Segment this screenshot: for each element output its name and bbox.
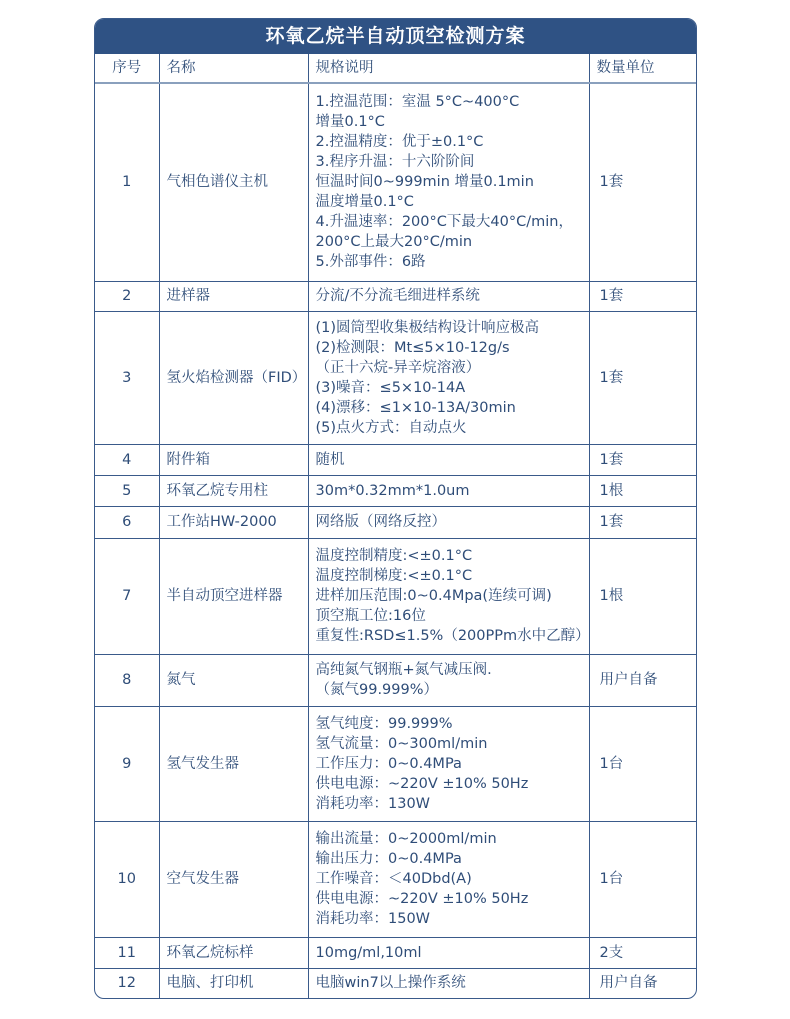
item-spec: 分流/不分流毛细进样系统 xyxy=(308,281,589,311)
spec-line: 消耗功率：130W xyxy=(316,794,582,814)
item-spec: (1)圆筒型收集极结构设计响应极高(2)检测限：Mt≤5×10-12g/s（正十… xyxy=(308,311,589,444)
item-spec: 1.控温范围：室温 5°C~400°C增量0.1°C2.控温精度：优于±0.1°… xyxy=(308,83,589,281)
spec-line: (3)噪音：≤5×10-14A xyxy=(316,378,582,398)
item-name: 空气发生器 xyxy=(159,821,308,937)
table-row: 5环氧乙烷专用柱30m*0.32mm*1.0um1根 xyxy=(95,475,697,506)
table-body: 1气相色谱仪主机1.控温范围：室温 5°C~400°C增量0.1°C2.控温精度… xyxy=(95,83,697,998)
spec-line: 温度控制梯度:<±0.1°C xyxy=(316,566,582,586)
row-number: 6 xyxy=(95,506,159,538)
row-number: 3 xyxy=(95,311,159,444)
spec-line: （正十六烷-异辛烷溶液） xyxy=(316,358,582,378)
spec-line: (4)漂移：≤1×10-13A/30min xyxy=(316,398,582,418)
spec-table: 序号 名称 规格说明 数量单位 1气相色谱仪主机1.控温范围：室温 5°C~40… xyxy=(95,54,697,998)
spec-line: 氢气流量：0~300ml/min xyxy=(316,734,582,754)
row-number: 1 xyxy=(95,83,159,281)
row-number: 4 xyxy=(95,444,159,475)
spec-line: 4.升温速率：200°C下最大40°C/min， xyxy=(316,212,582,232)
spec-line: 电脑win7以上操作系统 xyxy=(316,973,582,993)
row-number: 12 xyxy=(95,968,159,998)
item-spec: 10mg/ml,10ml xyxy=(308,937,589,968)
spec-line: 顶空瓶工位:16位 xyxy=(316,606,582,626)
item-quantity: 1根 xyxy=(589,475,697,506)
spec-line: 进样加压范围:0~0.4Mpa(连续可调) xyxy=(316,586,582,606)
spec-line: (1)圆筒型收集极结构设计响应极高 xyxy=(316,318,582,338)
item-quantity: 1套 xyxy=(589,506,697,538)
item-spec: 输出流量：0~2000ml/min输出压力：0~0.4MPa工作噪音：＜40Db… xyxy=(308,821,589,937)
table-row: 3氢火焰检测器（FID）(1)圆筒型收集极结构设计响应极高(2)检测限：Mt≤5… xyxy=(95,311,697,444)
spec-line: 供电电源：~220V ±10% 50Hz xyxy=(316,889,582,909)
item-name: 电脑、打印机 xyxy=(159,968,308,998)
item-quantity: 1台 xyxy=(589,821,697,937)
spec-line: 增量0.1°C xyxy=(316,112,582,132)
table-row: 6工作站HW-2000网络版（网络反控）1套 xyxy=(95,506,697,538)
row-number: 7 xyxy=(95,538,159,654)
item-spec: 温度控制精度:<±0.1°C温度控制梯度:<±0.1°C进样加压范围:0~0.4… xyxy=(308,538,589,654)
table-row: 11环氧乙烷标样10mg/ml,10ml2支 xyxy=(95,937,697,968)
spec-line: 30m*0.32mm*1.0um xyxy=(316,481,582,501)
item-name: 气相色谱仪主机 xyxy=(159,83,308,281)
item-quantity: 1套 xyxy=(589,83,697,281)
spec-line: 工作压力：0~0.4MPa xyxy=(316,754,582,774)
item-spec: 网络版（网络反控） xyxy=(308,506,589,538)
equipment-table: 环氧乙烷半自动顶空检测方案 序号 名称 规格说明 数量单位 1气相色谱仪主机1.… xyxy=(94,18,697,999)
spec-line: 温度控制精度:<±0.1°C xyxy=(316,546,582,566)
col-header-name: 名称 xyxy=(159,54,308,83)
item-spec: 随机 xyxy=(308,444,589,475)
spec-line: 200°C上最大20°C/min xyxy=(316,232,582,252)
spec-line: 消耗功率：150W xyxy=(316,909,582,929)
spec-line: 供电电源：~220V ±10% 50Hz xyxy=(316,774,582,794)
table-row: 4附件箱随机1套 xyxy=(95,444,697,475)
item-name: 进样器 xyxy=(159,281,308,311)
table-row: 1气相色谱仪主机1.控温范围：室温 5°C~400°C增量0.1°C2.控温精度… xyxy=(95,83,697,281)
item-spec: 电脑win7以上操作系统 xyxy=(308,968,589,998)
table-row: 7半自动顶空进样器温度控制精度:<±0.1°C温度控制梯度:<±0.1°C进样加… xyxy=(95,538,697,654)
item-name: 工作站HW-2000 xyxy=(159,506,308,538)
spec-line: 工作噪音：＜40Dbd(A) xyxy=(316,869,582,889)
item-quantity: 1套 xyxy=(589,311,697,444)
spec-line: 氢气纯度：99.999% xyxy=(316,714,582,734)
row-number: 8 xyxy=(95,654,159,706)
item-quantity: 2支 xyxy=(589,937,697,968)
row-number: 5 xyxy=(95,475,159,506)
row-number: 9 xyxy=(95,706,159,821)
spec-line: 高纯氮气钢瓶+氮气减压阀. xyxy=(316,660,582,680)
spec-line: 恒温时间0~999min 增量0.1min xyxy=(316,172,582,192)
spec-line: 网络版（网络反控） xyxy=(316,512,582,532)
col-header-no: 序号 xyxy=(95,54,159,83)
item-name: 氮气 xyxy=(159,654,308,706)
col-header-qty: 数量单位 xyxy=(589,54,697,83)
table-title: 环氧乙烷半自动顶空检测方案 xyxy=(95,19,696,54)
table-row: 8氮气高纯氮气钢瓶+氮气减压阀.（氮气99.999%）用户自备 xyxy=(95,654,697,706)
item-name: 附件箱 xyxy=(159,444,308,475)
row-number: 11 xyxy=(95,937,159,968)
table-row: 12电脑、打印机电脑win7以上操作系统用户自备 xyxy=(95,968,697,998)
spec-line: 3.程序升温：十六阶阶间 xyxy=(316,152,582,172)
item-name: 半自动顶空进样器 xyxy=(159,538,308,654)
spec-line: (5)点火方式：自动点火 xyxy=(316,418,582,438)
table-row: 2进样器分流/不分流毛细进样系统1套 xyxy=(95,281,697,311)
item-quantity: 1套 xyxy=(589,444,697,475)
item-name: 氢火焰检测器（FID） xyxy=(159,311,308,444)
row-number: 10 xyxy=(95,821,159,937)
item-name: 氢气发生器 xyxy=(159,706,308,821)
spec-line: 2.控温精度：优于±0.1°C xyxy=(316,132,582,152)
spec-line: 温度增量0.1°C xyxy=(316,192,582,212)
item-quantity: 用户自备 xyxy=(589,968,697,998)
spec-line: 输出流量：0~2000ml/min xyxy=(316,829,582,849)
spec-line: 5.外部事件：6路 xyxy=(316,252,582,272)
item-spec: 高纯氮气钢瓶+氮气减压阀.（氮气99.999%） xyxy=(308,654,589,706)
item-quantity: 1根 xyxy=(589,538,697,654)
table-row: 9氢气发生器氢气纯度：99.999%氢气流量：0~300ml/min工作压力：0… xyxy=(95,706,697,821)
item-spec: 30m*0.32mm*1.0um xyxy=(308,475,589,506)
item-quantity: 1台 xyxy=(589,706,697,821)
table-row: 10空气发生器输出流量：0~2000ml/min输出压力：0~0.4MPa工作噪… xyxy=(95,821,697,937)
spec-line: （氮气99.999%） xyxy=(316,680,582,700)
spec-line: (2)检测限：Mt≤5×10-12g/s xyxy=(316,338,582,358)
spec-line: 随机 xyxy=(316,450,582,470)
col-header-spec: 规格说明 xyxy=(308,54,589,83)
item-name: 环氧乙烷专用柱 xyxy=(159,475,308,506)
spec-line: 10mg/ml,10ml xyxy=(316,943,582,963)
item-spec: 氢气纯度：99.999%氢气流量：0~300ml/min工作压力：0~0.4MP… xyxy=(308,706,589,821)
item-name: 环氧乙烷标样 xyxy=(159,937,308,968)
spec-line: 输出压力：0~0.4MPa xyxy=(316,849,582,869)
spec-line: 重复性:RSD≤1.5%（200PPm水中乙醇） xyxy=(316,626,582,646)
item-quantity: 1套 xyxy=(589,281,697,311)
item-quantity: 用户自备 xyxy=(589,654,697,706)
spec-line: 1.控温范围：室温 5°C~400°C xyxy=(316,92,582,112)
spec-line: 分流/不分流毛细进样系统 xyxy=(316,286,582,306)
header-row: 序号 名称 规格说明 数量单位 xyxy=(95,54,697,83)
row-number: 2 xyxy=(95,281,159,311)
